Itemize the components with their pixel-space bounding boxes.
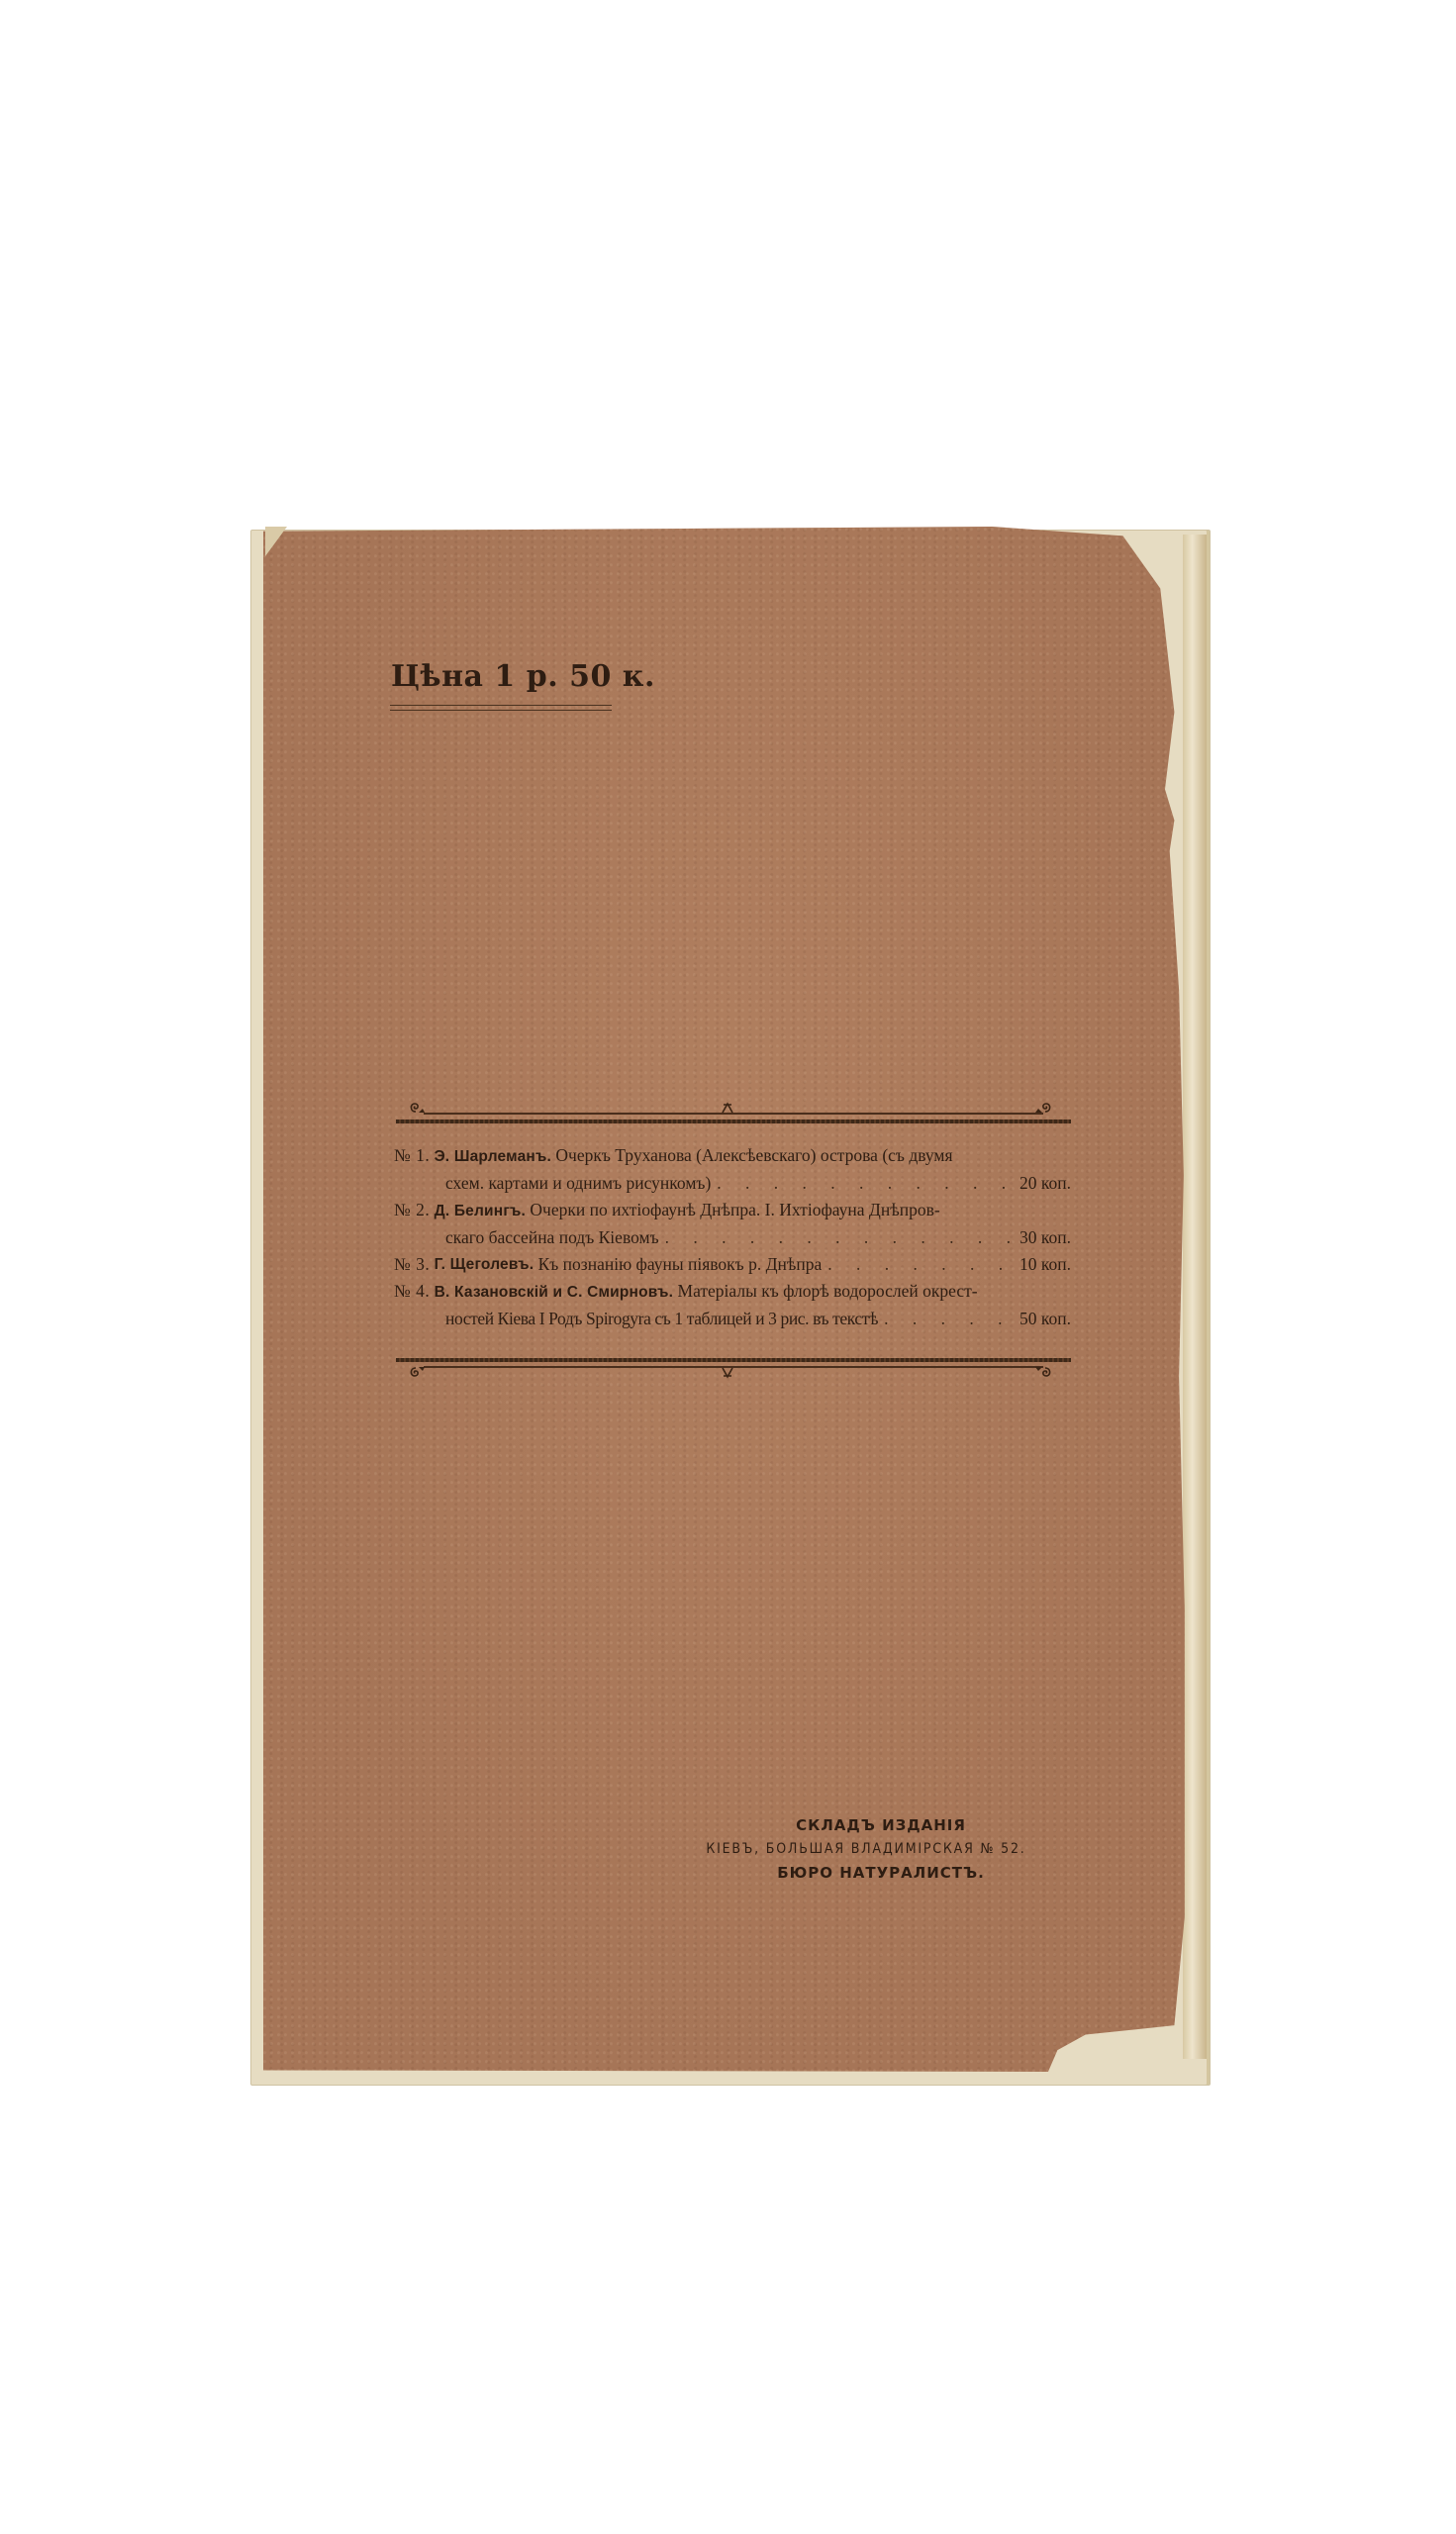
imprint-address: КІЕВЪ, БОЛЬШАЯ ВЛАДИМІРСКАЯ № 52. [702,1837,1031,1861]
publisher-imprint: СКЛАДЪ ИЗДАНІЯ КІЕВЪ, БОЛЬШАЯ ВЛАДИМІРСК… [713,1813,1049,1885]
leader-dots: . . . . . . . . . . . . . . . . . . . . … [822,1251,1019,1278]
price-label: Цѣна 1 р. 50 к. [391,659,655,694]
item-title: Матеріалы къ флорѣ водорослей окрест- [678,1281,978,1301]
item-author: Г. Щеголевъ. [435,1251,534,1278]
leader-dots: . . . . . . . . . . . . . . . . . . . . … [711,1170,1019,1197]
item-author: Д. Белингъ. [435,1203,526,1219]
page-edge [1183,535,1207,2059]
list-item: № 3. Г. Щеголевъ. Къ познанію фауны піяв… [394,1251,1071,1278]
item-author: Э. Шарлеманъ. [435,1148,551,1165]
item-title-cont: скаго бассейна подъ Кіевомъ [445,1224,659,1251]
scroll-ornament-icon [408,1364,430,1380]
item-price: 50 коп. [1019,1306,1071,1332]
leader-dots: . . . . . . . . . . . . . . . . . . . . … [878,1306,1019,1332]
rule-bottom [396,1358,1071,1362]
item-price: 30 коп. [1019,1224,1071,1251]
item-number: № 2. [394,1200,430,1219]
scroll-ornament-icon [408,1100,430,1116]
imprint-bureau: БЮРО НАТУРАЛИСТЪ. [713,1861,1049,1885]
scroll-ornament-icon [1031,1100,1053,1116]
item-price: 20 коп. [1019,1170,1071,1197]
item-title: Очеркъ Труханова (Алексѣевскаго) острова… [555,1145,952,1165]
item-price: 10 коп. [1019,1251,1071,1278]
imprint-warehouse: СКЛАДЪ ИЗДАНІЯ [713,1813,1049,1837]
item-author: В. Казановскій и С. Смирновъ. [435,1284,674,1301]
item-number: № 4. [394,1281,430,1301]
leader-dots: . . . . . . . . . . . . . . . . . . . . … [659,1224,1019,1251]
center-knot-ornament-icon [719,1366,736,1380]
item-title: Очерки по ихтіофаунѣ Днѣпра. I. Ихтіофау… [530,1200,939,1219]
item-title-cont: схем. картами и однимъ рисункомъ) [445,1170,711,1197]
list-item: № 2. Д. Белингъ. Очерки по ихтіофаунѣ Дн… [394,1197,1071,1251]
list-item: № 1. Э. Шарлеманъ. Очеркъ Труханова (Але… [394,1142,1071,1197]
list-item: № 4. В. Казановскій и С. Смирновъ. Матер… [394,1278,1071,1332]
item-number: № 1. [394,1145,430,1165]
rule-top [396,1120,1071,1123]
item-title: Къ познанію фауны піявокъ р. Днѣпра [538,1251,823,1278]
item-number: № 3. [394,1251,430,1278]
center-knot-ornament-icon [719,1101,736,1115]
price-underline [390,705,612,711]
scroll-ornament-icon [1031,1364,1053,1380]
publication-list: № 1. Э. Шарлеманъ. Очеркъ Труханова (Але… [394,1142,1071,1332]
item-title-cont: ностей Кіева I Родъ Spirogyra съ 1 табли… [445,1306,878,1332]
